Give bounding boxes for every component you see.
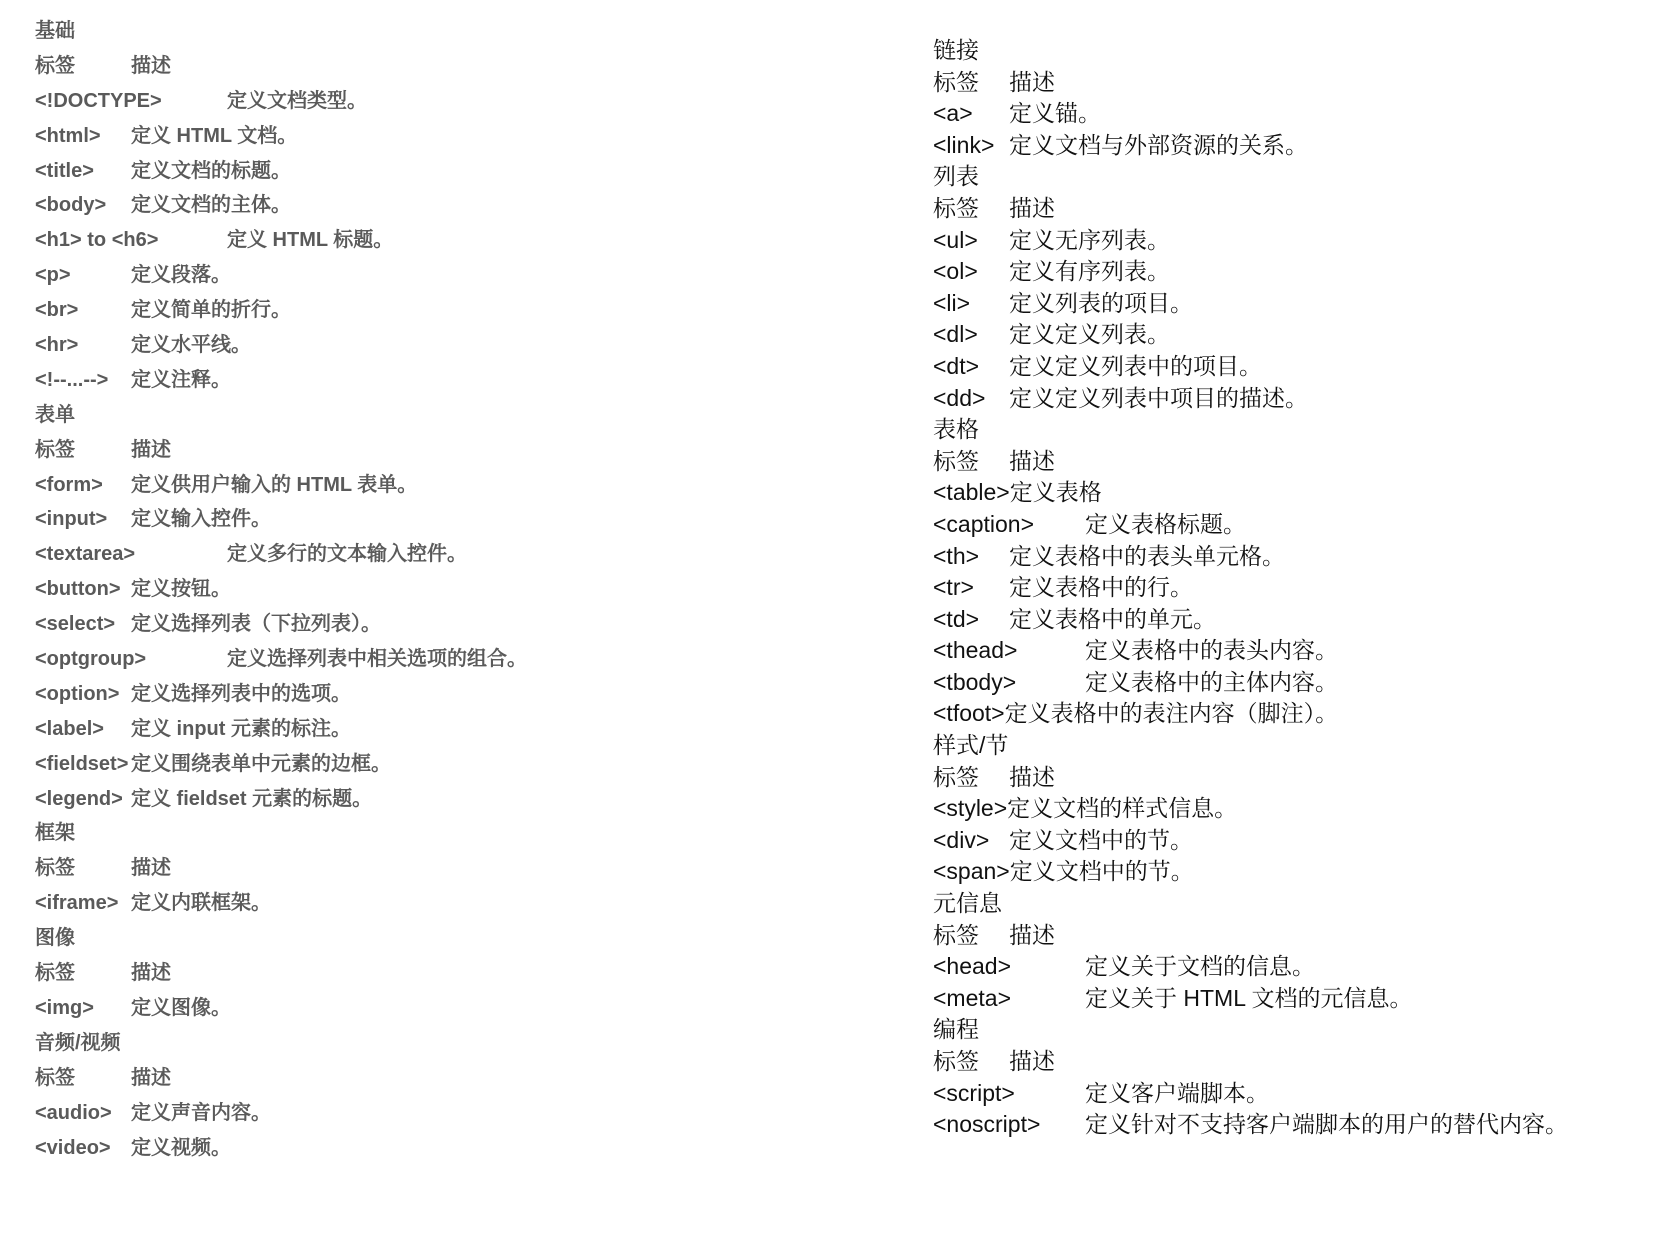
tag-description: 定义表格中的表注内容（脚注）。 xyxy=(1005,700,1339,726)
header-desc-label: 描述 xyxy=(1009,920,1055,952)
tag-row: <fieldset>定义围绕表单中元素的边框。 xyxy=(35,747,855,782)
tag-row: <td>定义表格中的单元。 xyxy=(933,604,1663,636)
left-column: 基础标签描述<!DOCTYPE>定义文档类型。<html>定义 HTML 文档。… xyxy=(35,14,855,1165)
header-desc-label: 描述 xyxy=(1009,1046,1055,1078)
section-title: 列表 xyxy=(933,161,1663,193)
tag-description: 定义定义列表中项目的描述。 xyxy=(1009,383,1308,415)
tag-row: <thead>定义表格中的表头内容。 xyxy=(933,635,1663,667)
tag-name: <video> xyxy=(35,1131,111,1166)
tag-row: <br>定义简单的折行。 xyxy=(35,293,855,328)
header-tag-label: 标签 xyxy=(933,920,979,952)
tag-row: <option>定义选择列表中的选项。 xyxy=(35,677,855,712)
tag-row: <dt>定义定义列表中的项目。 xyxy=(933,351,1663,383)
header-tag-label: 标签 xyxy=(35,956,75,991)
tag-name: <title> xyxy=(35,154,94,189)
tag-row: <a>定义锚。 xyxy=(933,98,1663,130)
tag-row: <img>定义图像。 xyxy=(35,991,855,1026)
tag-row: <audio>定义声音内容。 xyxy=(35,1096,855,1131)
tag-row: <link>定义文档与外部资源的关系。 xyxy=(933,130,1663,162)
tag-name: <a> xyxy=(933,98,973,130)
tag-name: <thead> xyxy=(933,635,1017,667)
tag-name: <p> xyxy=(35,258,71,293)
tag-name: <meta> xyxy=(933,983,1011,1015)
tag-row: <title>定义文档的标题。 xyxy=(35,154,855,189)
tag-description: 定义 HTML 标题。 xyxy=(227,223,393,258)
tag-row: <button>定义按钮。 xyxy=(35,572,855,607)
header-desc-label: 描述 xyxy=(1009,67,1055,99)
tag-row: <iframe>定义内联框架。 xyxy=(35,886,855,921)
tag-name: <legend> xyxy=(35,782,123,817)
tag-name: <th> xyxy=(933,541,979,573)
tag-description: 定义列表的项目。 xyxy=(1009,288,1193,320)
tag-description: 定义关于文档的信息。 xyxy=(1085,951,1315,983)
tag-name: <li> xyxy=(933,288,970,320)
tag-row: <tfoot>定义表格中的表注内容（脚注）。 xyxy=(933,698,1663,730)
tag-name: <label> xyxy=(35,712,104,747)
header-tag-label: 标签 xyxy=(933,762,979,794)
tag-description: 定义文档的样式信息。 xyxy=(1007,795,1237,821)
tag-name: <!DOCTYPE> xyxy=(35,84,162,119)
section-header-row: 标签描述 xyxy=(933,920,1663,952)
tag-row: <th>定义表格中的表头单元格。 xyxy=(933,541,1663,573)
tag-row: <head>定义关于文档的信息。 xyxy=(933,951,1663,983)
header-desc-label: 描述 xyxy=(1009,193,1055,225)
tag-name: <!--...--> xyxy=(35,363,108,398)
section-header-row: 标签描述 xyxy=(35,433,855,468)
tag-description: 定义表格中的主体内容。 xyxy=(1085,667,1338,699)
tag-name: <dd> xyxy=(933,383,985,415)
header-tag-label: 标签 xyxy=(35,433,75,468)
tag-description: 定义文档类型。 xyxy=(227,84,367,119)
tag-name: <tfoot> xyxy=(933,698,1005,730)
tag-name: <optgroup> xyxy=(35,642,146,677)
tag-description: 定义水平线。 xyxy=(131,328,251,363)
header-tag-label: 标签 xyxy=(35,49,75,84)
tag-row: <tr>定义表格中的行。 xyxy=(933,572,1663,604)
tag-row: <html>定义 HTML 文档。 xyxy=(35,119,855,154)
tag-name: <hr> xyxy=(35,328,78,363)
tag-row: <h1> to <h6>定义 HTML 标题。 xyxy=(35,223,855,258)
section-header-row: 标签描述 xyxy=(35,956,855,991)
tag-description: 定义图像。 xyxy=(131,991,231,1026)
tag-row: <!--...-->定义注释。 xyxy=(35,363,855,398)
tag-name: <link> xyxy=(933,130,994,162)
header-tag-label: 标签 xyxy=(35,851,75,886)
tag-description: 定义选择列表中相关选项的组合。 xyxy=(227,642,527,677)
tag-name: <span> xyxy=(933,856,1010,888)
tag-name: <style> xyxy=(933,793,1007,825)
tag-name: <br> xyxy=(35,293,78,328)
header-desc-label: 描述 xyxy=(131,956,171,991)
tag-name: <audio> xyxy=(35,1096,112,1131)
tag-description: 定义定义列表。 xyxy=(1009,319,1170,351)
tag-row: <label>定义 input 元素的标注。 xyxy=(35,712,855,747)
tag-row: <dd>定义定义列表中项目的描述。 xyxy=(933,383,1663,415)
tag-row: <span>定义文档中的节。 xyxy=(933,856,1663,888)
tag-description: 定义按钮。 xyxy=(131,572,231,607)
tag-description: 定义 input 元素的标注。 xyxy=(131,712,351,747)
tag-description: 定义内联框架。 xyxy=(131,886,271,921)
tag-description: 定义段落。 xyxy=(131,258,231,293)
section-title: 编程 xyxy=(933,1014,1663,1046)
tag-name: <button> xyxy=(35,572,121,607)
tag-description: 定义有序列表。 xyxy=(1009,256,1170,288)
tag-description: 定义输入控件。 xyxy=(131,502,271,537)
tag-row: <p>定义段落。 xyxy=(35,258,855,293)
tag-description: 定义 HTML 文档。 xyxy=(131,119,297,154)
tag-name: <tbody> xyxy=(933,667,1016,699)
tag-name: <tr> xyxy=(933,572,974,604)
header-desc-label: 描述 xyxy=(131,49,171,84)
tag-description: 定义选择列表中的选项。 xyxy=(131,677,351,712)
tag-description: 定义表格中的单元。 xyxy=(1009,604,1216,636)
tag-name: <td> xyxy=(933,604,979,636)
tag-row: <div>定义文档中的节。 xyxy=(933,825,1663,857)
tag-name: <ol> xyxy=(933,256,978,288)
tag-name: <noscript> xyxy=(933,1109,1040,1141)
tag-row: <script>定义客户端脚本。 xyxy=(933,1078,1663,1110)
tag-row: <select>定义选择列表（下拉列表）。 xyxy=(35,607,855,642)
header-tag-label: 标签 xyxy=(933,446,979,478)
tag-row: <body>定义文档的主体。 xyxy=(35,188,855,223)
tag-description: 定义注释。 xyxy=(131,363,231,398)
tag-row: <tbody>定义表格中的主体内容。 xyxy=(933,667,1663,699)
section-title: 音频/视频 xyxy=(35,1026,855,1061)
section-title: 元信息 xyxy=(933,888,1663,920)
section-header-row: 标签描述 xyxy=(933,193,1663,225)
tag-row: <ol>定义有序列表。 xyxy=(933,256,1663,288)
tag-name: <html> xyxy=(35,119,101,154)
section-title: 链接 xyxy=(933,35,1663,67)
tag-row: <caption>定义表格标题。 xyxy=(933,509,1663,541)
section-header-row: 标签描述 xyxy=(933,1046,1663,1078)
tag-description: 定义针对不支持客户端脚本的用户的替代内容。 xyxy=(1085,1109,1568,1141)
tag-name: <dt> xyxy=(933,351,979,383)
tag-description: 定义表格中的行。 xyxy=(1009,572,1193,604)
tag-name: <form> xyxy=(35,468,103,503)
tag-description: 定义文档与外部资源的关系。 xyxy=(1009,130,1308,162)
tag-description: 定义文档中的节。 xyxy=(1010,858,1194,884)
tag-row: <hr>定义水平线。 xyxy=(35,328,855,363)
tag-row: <video>定义视频。 xyxy=(35,1131,855,1166)
tag-row: <style>定义文档的样式信息。 xyxy=(933,793,1663,825)
tag-name: <fieldset> xyxy=(35,747,128,782)
tag-name: <img> xyxy=(35,991,94,1026)
tag-description: 定义定义列表中的项目。 xyxy=(1009,351,1262,383)
section-header-row: 标签描述 xyxy=(933,762,1663,794)
tag-name: <table> xyxy=(933,477,1010,509)
section-title: 表单 xyxy=(35,398,855,433)
tag-description: 定义无序列表。 xyxy=(1009,225,1170,257)
tag-name: <div> xyxy=(933,825,989,857)
tag-row: <li>定义列表的项目。 xyxy=(933,288,1663,320)
tag-name: <ul> xyxy=(933,225,978,257)
tag-description: 定义文档的标题。 xyxy=(131,154,291,189)
tag-description: 定义表格中的表头内容。 xyxy=(1085,635,1338,667)
tag-description: 定义简单的折行。 xyxy=(131,293,291,328)
header-tag-label: 标签 xyxy=(35,1061,75,1096)
header-tag-label: 标签 xyxy=(933,193,979,225)
tag-description: 定义关于 HTML 文档的元信息。 xyxy=(1085,983,1413,1015)
tag-row: <form>定义供用户输入的 HTML 表单。 xyxy=(35,468,855,503)
header-desc-label: 描述 xyxy=(1009,446,1055,478)
tag-description: 定义锚。 xyxy=(1009,98,1101,130)
section-header-row: 标签描述 xyxy=(35,49,855,84)
tag-description: 定义 fieldset 元素的标题。 xyxy=(131,782,372,817)
header-desc-label: 描述 xyxy=(1009,762,1055,794)
tag-description: 定义表格中的表头单元格。 xyxy=(1009,541,1285,573)
section-title: 图像 xyxy=(35,921,855,956)
tag-description: 定义多行的文本输入控件。 xyxy=(227,537,467,572)
tag-name: <head> xyxy=(933,951,1011,983)
tag-row: <!DOCTYPE>定义文档类型。 xyxy=(35,84,855,119)
tag-description: 定义表格 xyxy=(1010,479,1102,505)
tag-name: <textarea> xyxy=(35,537,135,572)
tag-row: <dl>定义定义列表。 xyxy=(933,319,1663,351)
tag-description: 定义文档中的节。 xyxy=(1009,825,1193,857)
header-desc-label: 描述 xyxy=(131,433,171,468)
section-title: 样式/节 xyxy=(933,730,1663,762)
tag-row: <optgroup>定义选择列表中相关选项的组合。 xyxy=(35,642,855,677)
right-column: 链接标签描述<a>定义锚。<link>定义文档与外部资源的关系。列表标签描述<u… xyxy=(933,35,1663,1141)
tag-description: 定义文档的主体。 xyxy=(131,188,291,223)
section-header-row: 标签描述 xyxy=(35,851,855,886)
tag-row: <legend>定义 fieldset 元素的标题。 xyxy=(35,782,855,817)
tag-description: 定义围绕表单中元素的边框。 xyxy=(131,747,391,782)
tag-row: <input>定义输入控件。 xyxy=(35,502,855,537)
section-header-row: 标签描述 xyxy=(933,67,1663,99)
tag-row: <textarea>定义多行的文本输入控件。 xyxy=(35,537,855,572)
tag-description: 定义声音内容。 xyxy=(131,1096,271,1131)
section-header-row: 标签描述 xyxy=(35,1061,855,1096)
tag-description: 定义视频。 xyxy=(131,1131,231,1166)
header-desc-label: 描述 xyxy=(131,851,171,886)
tag-name: <iframe> xyxy=(35,886,118,921)
tag-name: <h1> to <h6> xyxy=(35,223,158,258)
tag-name: <caption> xyxy=(933,509,1034,541)
tag-name: <dl> xyxy=(933,319,978,351)
tag-name: <script> xyxy=(933,1078,1015,1110)
header-tag-label: 标签 xyxy=(933,1046,979,1078)
section-title: 框架 xyxy=(35,816,855,851)
header-tag-label: 标签 xyxy=(933,67,979,99)
tag-description: 定义选择列表（下拉列表）。 xyxy=(131,607,381,642)
header-desc-label: 描述 xyxy=(131,1061,171,1096)
tag-description: 定义客户端脚本。 xyxy=(1085,1078,1269,1110)
tag-row: <noscript>定义针对不支持客户端脚本的用户的替代内容。 xyxy=(933,1109,1663,1141)
tag-description: 定义表格标题。 xyxy=(1085,509,1246,541)
tag-name: <body> xyxy=(35,188,106,223)
section-title: 表格 xyxy=(933,414,1663,446)
tag-name: <option> xyxy=(35,677,119,712)
section-header-row: 标签描述 xyxy=(933,446,1663,478)
tag-name: <select> xyxy=(35,607,115,642)
section-title: 基础 xyxy=(35,14,855,49)
tag-name: <input> xyxy=(35,502,107,537)
tag-row: <ul>定义无序列表。 xyxy=(933,225,1663,257)
tag-row: <meta>定义关于 HTML 文档的元信息。 xyxy=(933,983,1663,1015)
tag-description: 定义供用户输入的 HTML 表单。 xyxy=(131,468,417,503)
tag-row: <table>定义表格 xyxy=(933,477,1663,509)
